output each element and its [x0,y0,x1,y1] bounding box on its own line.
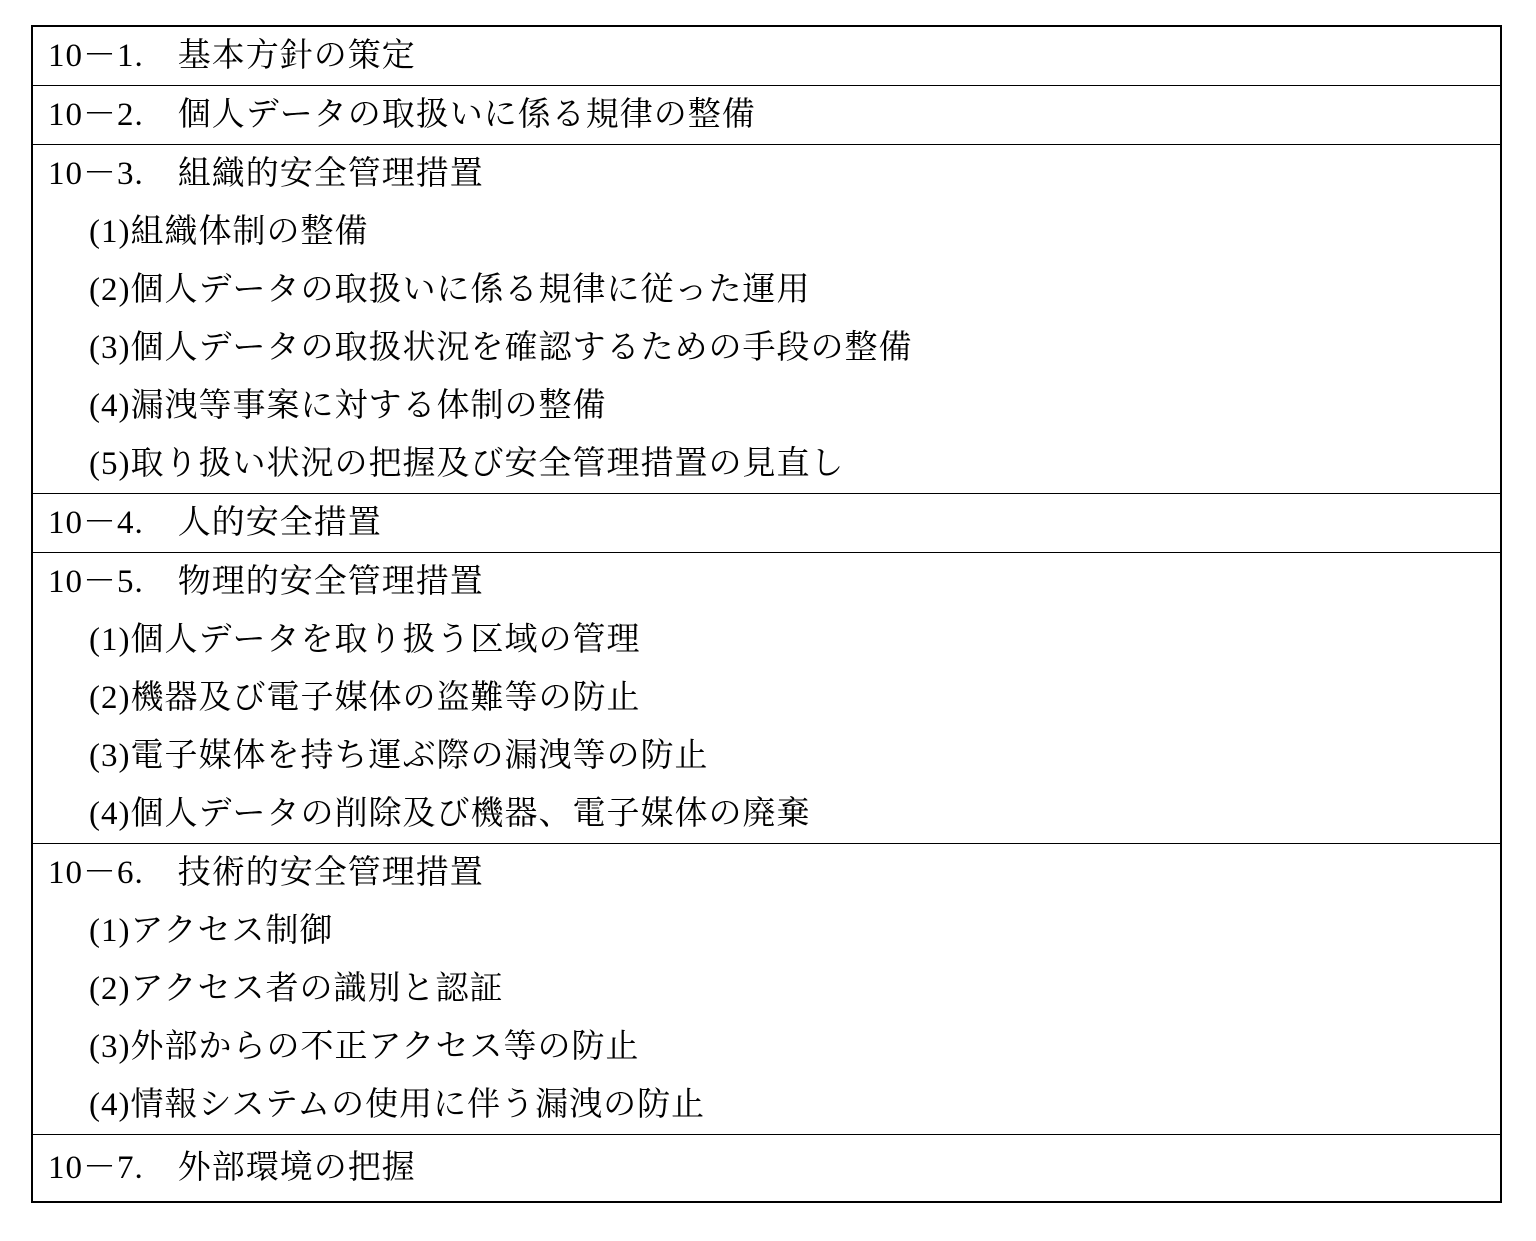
sub-item: (2)アクセス者の識別と認証 [33,960,1500,1018]
sub-item: (4)情報システムの使用に伴う漏洩の防止 [33,1076,1500,1134]
sub-item: (1)組織体制の整備 [33,203,1500,261]
table-row: 10－2. 個人データの取扱いに係る規律の整備 [33,86,1500,145]
table-row: 10－6. 技術的安全管理措置 (1)アクセス制御 (2)アクセス者の識別と認証… [33,844,1500,1135]
table-row: 10－5. 物理的安全管理措置 (1)個人データを取り扱う区域の管理 (2)機器… [33,553,1500,844]
section-title: 10－3. 組織的安全管理措置 [33,145,1500,203]
section-title: 10－5. 物理的安全管理措置 [33,553,1500,611]
table-row: 10－7. 外部環境の把握 [33,1135,1500,1201]
section-title: 10－7. 外部環境の把握 [33,1135,1500,1201]
sub-item: (4)個人データの削除及び機器、電子媒体の廃棄 [33,785,1500,843]
sub-item: (5)取り扱い状況の把握及び安全管理措置の見直し [33,435,1500,493]
sub-item: (3)個人データの取扱状況を確認するための手段の整備 [33,319,1500,377]
table-row: 10－3. 組織的安全管理措置 (1)組織体制の整備 (2)個人データの取扱いに… [33,145,1500,494]
sub-item: (4)漏洩等事案に対する体制の整備 [33,377,1500,435]
section-title: 10－4. 人的安全措置 [33,494,1500,552]
sub-item: (3)外部からの不正アクセス等の防止 [33,1018,1500,1076]
table-row: 10－4. 人的安全措置 [33,494,1500,553]
table-row: 10－1. 基本方針の策定 [33,27,1500,86]
section-title: 10－2. 個人データの取扱いに係る規律の整備 [33,86,1500,144]
security-measures-outline-table: 10－1. 基本方針の策定 10－2. 個人データの取扱いに係る規律の整備 10… [31,25,1502,1203]
section-title: 10－1. 基本方針の策定 [33,27,1500,85]
sub-item: (2)個人データの取扱いに係る規律に従った運用 [33,261,1500,319]
sub-item: (1)個人データを取り扱う区域の管理 [33,611,1500,669]
section-title: 10－6. 技術的安全管理措置 [33,844,1500,902]
sub-item: (1)アクセス制御 [33,902,1500,960]
sub-item: (2)機器及び電子媒体の盗難等の防止 [33,669,1500,727]
sub-item: (3)電子媒体を持ち運ぶ際の漏洩等の防止 [33,727,1500,785]
